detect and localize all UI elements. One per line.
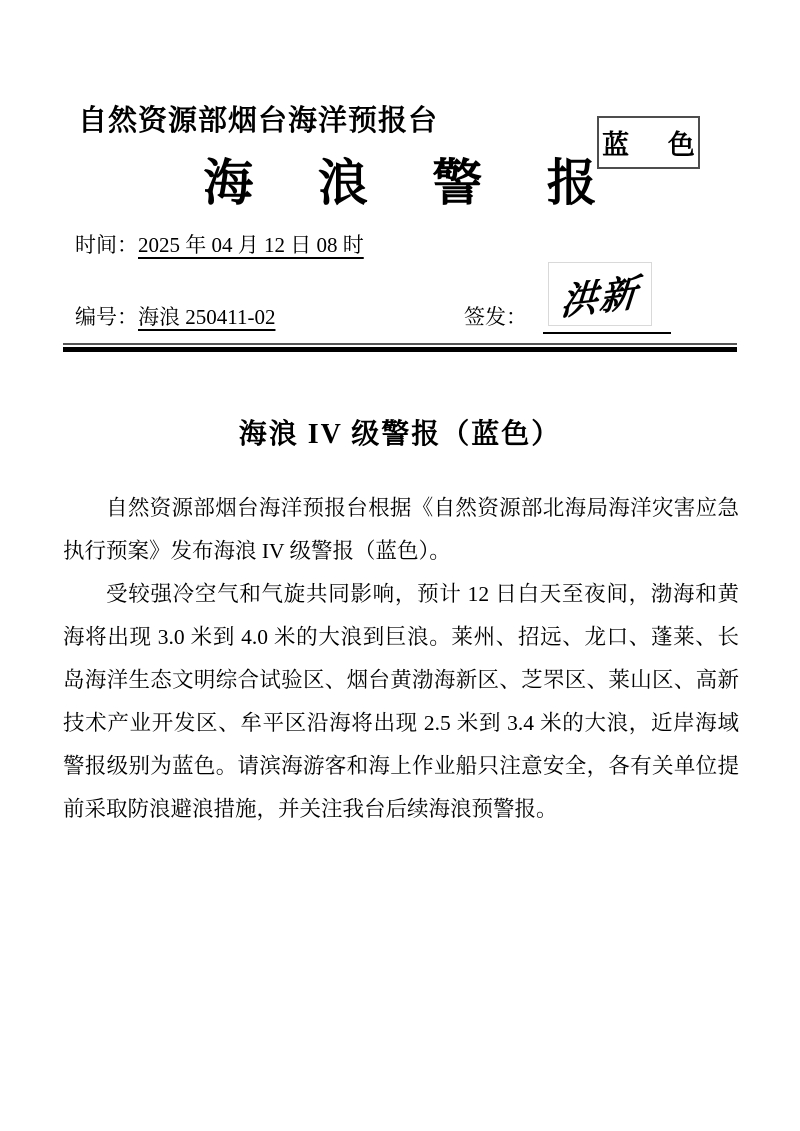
signature-underline [543, 332, 671, 334]
body-paragraph-2: 受较强冷空气和气旋共同影响，预计 12 日白天至夜间，渤海和黄海将出现 3.0 … [63, 573, 739, 831]
header-divider-rule [63, 343, 737, 352]
warning-document-page: 自然资源部烟台海洋预报台 蓝 色 海 浪 警 报 时间：2025 年 04 月 … [0, 0, 800, 1131]
body-paragraph-1: 自然资源部烟台海洋预报台根据《自然资源部北海局海洋灾害应急执行预案》发布海浪 I… [63, 487, 739, 573]
document-number-value: 海浪 250411-02 [138, 305, 275, 329]
signature-image: 洪新 [548, 262, 652, 326]
issuing-agency-name: 自然资源部烟台海洋预报台 [78, 98, 438, 139]
warning-body: 自然资源部烟台海洋预报台根据《自然资源部北海局海洋灾害应急执行预案》发布海浪 I… [63, 487, 739, 831]
document-number-row: 编号：海浪 250411-02 [75, 301, 275, 331]
issue-time-value: 2025 年 04 月 12 日 08 时 [138, 233, 364, 257]
signature-name-text: 洪新 [559, 262, 641, 327]
issue-time-label: 时间： [75, 233, 138, 257]
issue-time-row: 时间：2025 年 04 月 12 日 08 时 [75, 229, 364, 259]
signer-row: 签发： [464, 301, 527, 331]
warning-heading: 海浪 IV 级警报（蓝色） [63, 412, 737, 452]
document-number-label: 编号： [75, 305, 138, 329]
document-title: 海 浪 警 报 [63, 143, 737, 215]
signer-label: 签发： [464, 305, 527, 329]
